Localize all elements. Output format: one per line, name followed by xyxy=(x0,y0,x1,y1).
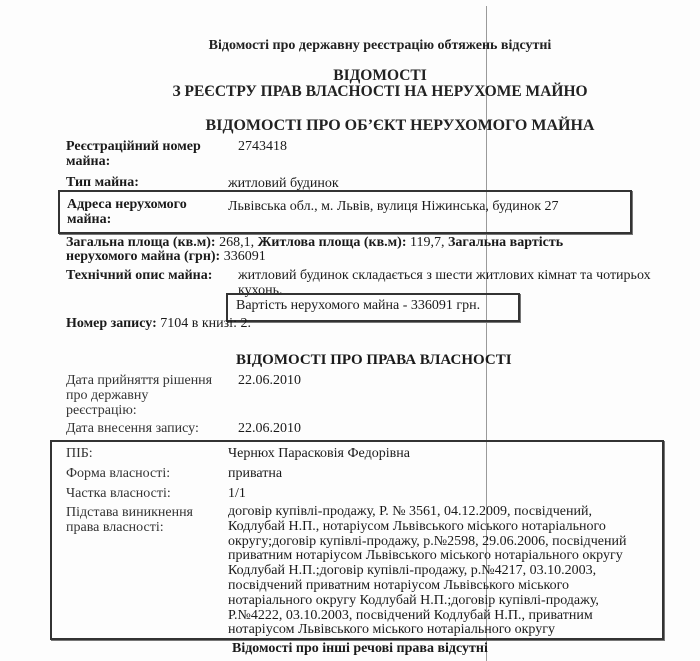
property-value-note: Вартість нерухомого майна - 336091 грн. xyxy=(236,298,480,313)
document-title: ВІДОМОСТІ З РЕЄСТРУ ПРАВ ВЛАСНОСТІ НА НЕ… xyxy=(30,68,700,100)
basis-line: договір купівлі-продажу, Р. № 3561, 04.1… xyxy=(228,505,627,520)
tech-desc-line1: житловий будинок складається з шести жит… xyxy=(238,268,698,283)
living-area-value: 119,7, xyxy=(407,235,448,250)
total-cost-label-1: Загальна вартість xyxy=(448,235,563,250)
basis-line: Кодлубай Н.П., нотаріусом Львівського мі… xyxy=(228,520,627,535)
basis-line: Кодлубай Н.П.;договір купівлі-продажу, р… xyxy=(228,564,627,579)
reg-number-label-line2: майна: xyxy=(66,154,201,169)
reg-number-label-line1: Реєстраційний номер xyxy=(66,139,201,154)
ownership-form-value: приватна xyxy=(228,466,282,481)
record-number-label: Номер запису: xyxy=(66,316,157,331)
basis-line: нотаріусом Львівського міського нотаріал… xyxy=(228,623,627,638)
basis-label-line1: Підстава виникнення xyxy=(66,505,193,520)
total-area-value: 268,1, xyxy=(216,235,258,250)
ownership-form-label: Форма власності: xyxy=(66,466,170,481)
basis-line: нотаріального округу Кодлубай Н.П.;догов… xyxy=(228,594,627,609)
property-type-value: житловий будинок xyxy=(228,176,339,191)
basis-line: посвідчений приватним нотаріусом Львівсь… xyxy=(228,579,627,594)
tech-desc-label: Технічний опис майна: xyxy=(66,268,212,283)
area-cost-line1: Загальна площа (кв.м): 268,1, Житлова пл… xyxy=(66,235,626,250)
other-rights-note: Відомості про інші речові права відсутні xyxy=(232,641,488,657)
entry-date-label: Дата внесення запису: xyxy=(66,421,199,436)
encumbrance-note: Відомості про державну реєстрацію обтяже… xyxy=(30,38,700,54)
address-value: Львівська обл., м. Львів, вулиця Ніжинсь… xyxy=(228,199,559,214)
decision-date-label-line1: Дата прийняття рішення xyxy=(66,373,212,388)
ownership-share-label: Частка власності: xyxy=(66,486,171,501)
decision-date-label-line3: реєстрацію: xyxy=(66,403,212,418)
record-number-value: 7104 в книзі: 2. xyxy=(157,316,251,331)
decision-date-label-line2: про державну xyxy=(66,388,212,403)
total-cost-label-2: нерухомого майна (грн): xyxy=(66,249,220,264)
reg-number-label: Реєстраційний номер майна: xyxy=(66,139,201,169)
ownership-basis-value: договір купівлі-продажу, Р. № 3561, 04.1… xyxy=(228,505,627,638)
basis-line: приватним нотаріусом Львівського міськог… xyxy=(228,549,627,564)
basis-line: округу;договір купівлі-продажу, р.№2598,… xyxy=(228,535,627,550)
owner-value: Чернюх Парасковія Федорівна xyxy=(228,446,410,461)
address-label: Адреса нерухомого майна: xyxy=(67,197,187,227)
title-line-2: З РЕЄСТРУ ПРАВ ВЛАСНОСТІ НА НЕРУХОМЕ МАЙ… xyxy=(30,84,700,100)
address-label-line1: Адреса нерухомого xyxy=(67,197,187,212)
reg-number-value: 2743418 xyxy=(238,139,287,154)
record-number: Номер запису: 7104 в книзі: 2. xyxy=(66,316,251,331)
property-type-label: Тип майна: xyxy=(66,175,139,190)
object-section-heading: ВІДОМОСТІ ПРО ОБ’ЄКТ НЕРУХОМОГО МАЙНА xyxy=(50,117,700,135)
entry-date-value: 22.06.2010 xyxy=(238,421,301,436)
total-area-label: Загальна площа (кв.м): xyxy=(66,235,216,250)
address-label-line2: майна: xyxy=(67,212,187,227)
area-cost-line2: нерухомого майна (грн): 336091 xyxy=(66,249,266,264)
total-cost-value: 336091 xyxy=(220,249,266,264)
basis-line: Р.№4222, 03.10.2003, посвідчений Кодлуба… xyxy=(228,609,627,624)
living-area-label: Житлова площа (кв.м): xyxy=(258,235,407,250)
title-line-1: ВІДОМОСТІ xyxy=(30,68,700,84)
decision-date-label: Дата прийняття рішення про державну реєс… xyxy=(66,373,212,418)
rights-section-heading: ВІДОМОСТІ ПРО ПРАВА ВЛАСНОСТІ xyxy=(236,352,512,369)
ownership-share-value: 1/1 xyxy=(228,486,246,501)
basis-label-line2: права власності: xyxy=(66,520,193,535)
ownership-basis-label: Підстава виникнення права власності: xyxy=(66,505,193,535)
owner-label: ПІБ: xyxy=(66,446,93,461)
decision-date-value: 22.06.2010 xyxy=(238,373,301,388)
